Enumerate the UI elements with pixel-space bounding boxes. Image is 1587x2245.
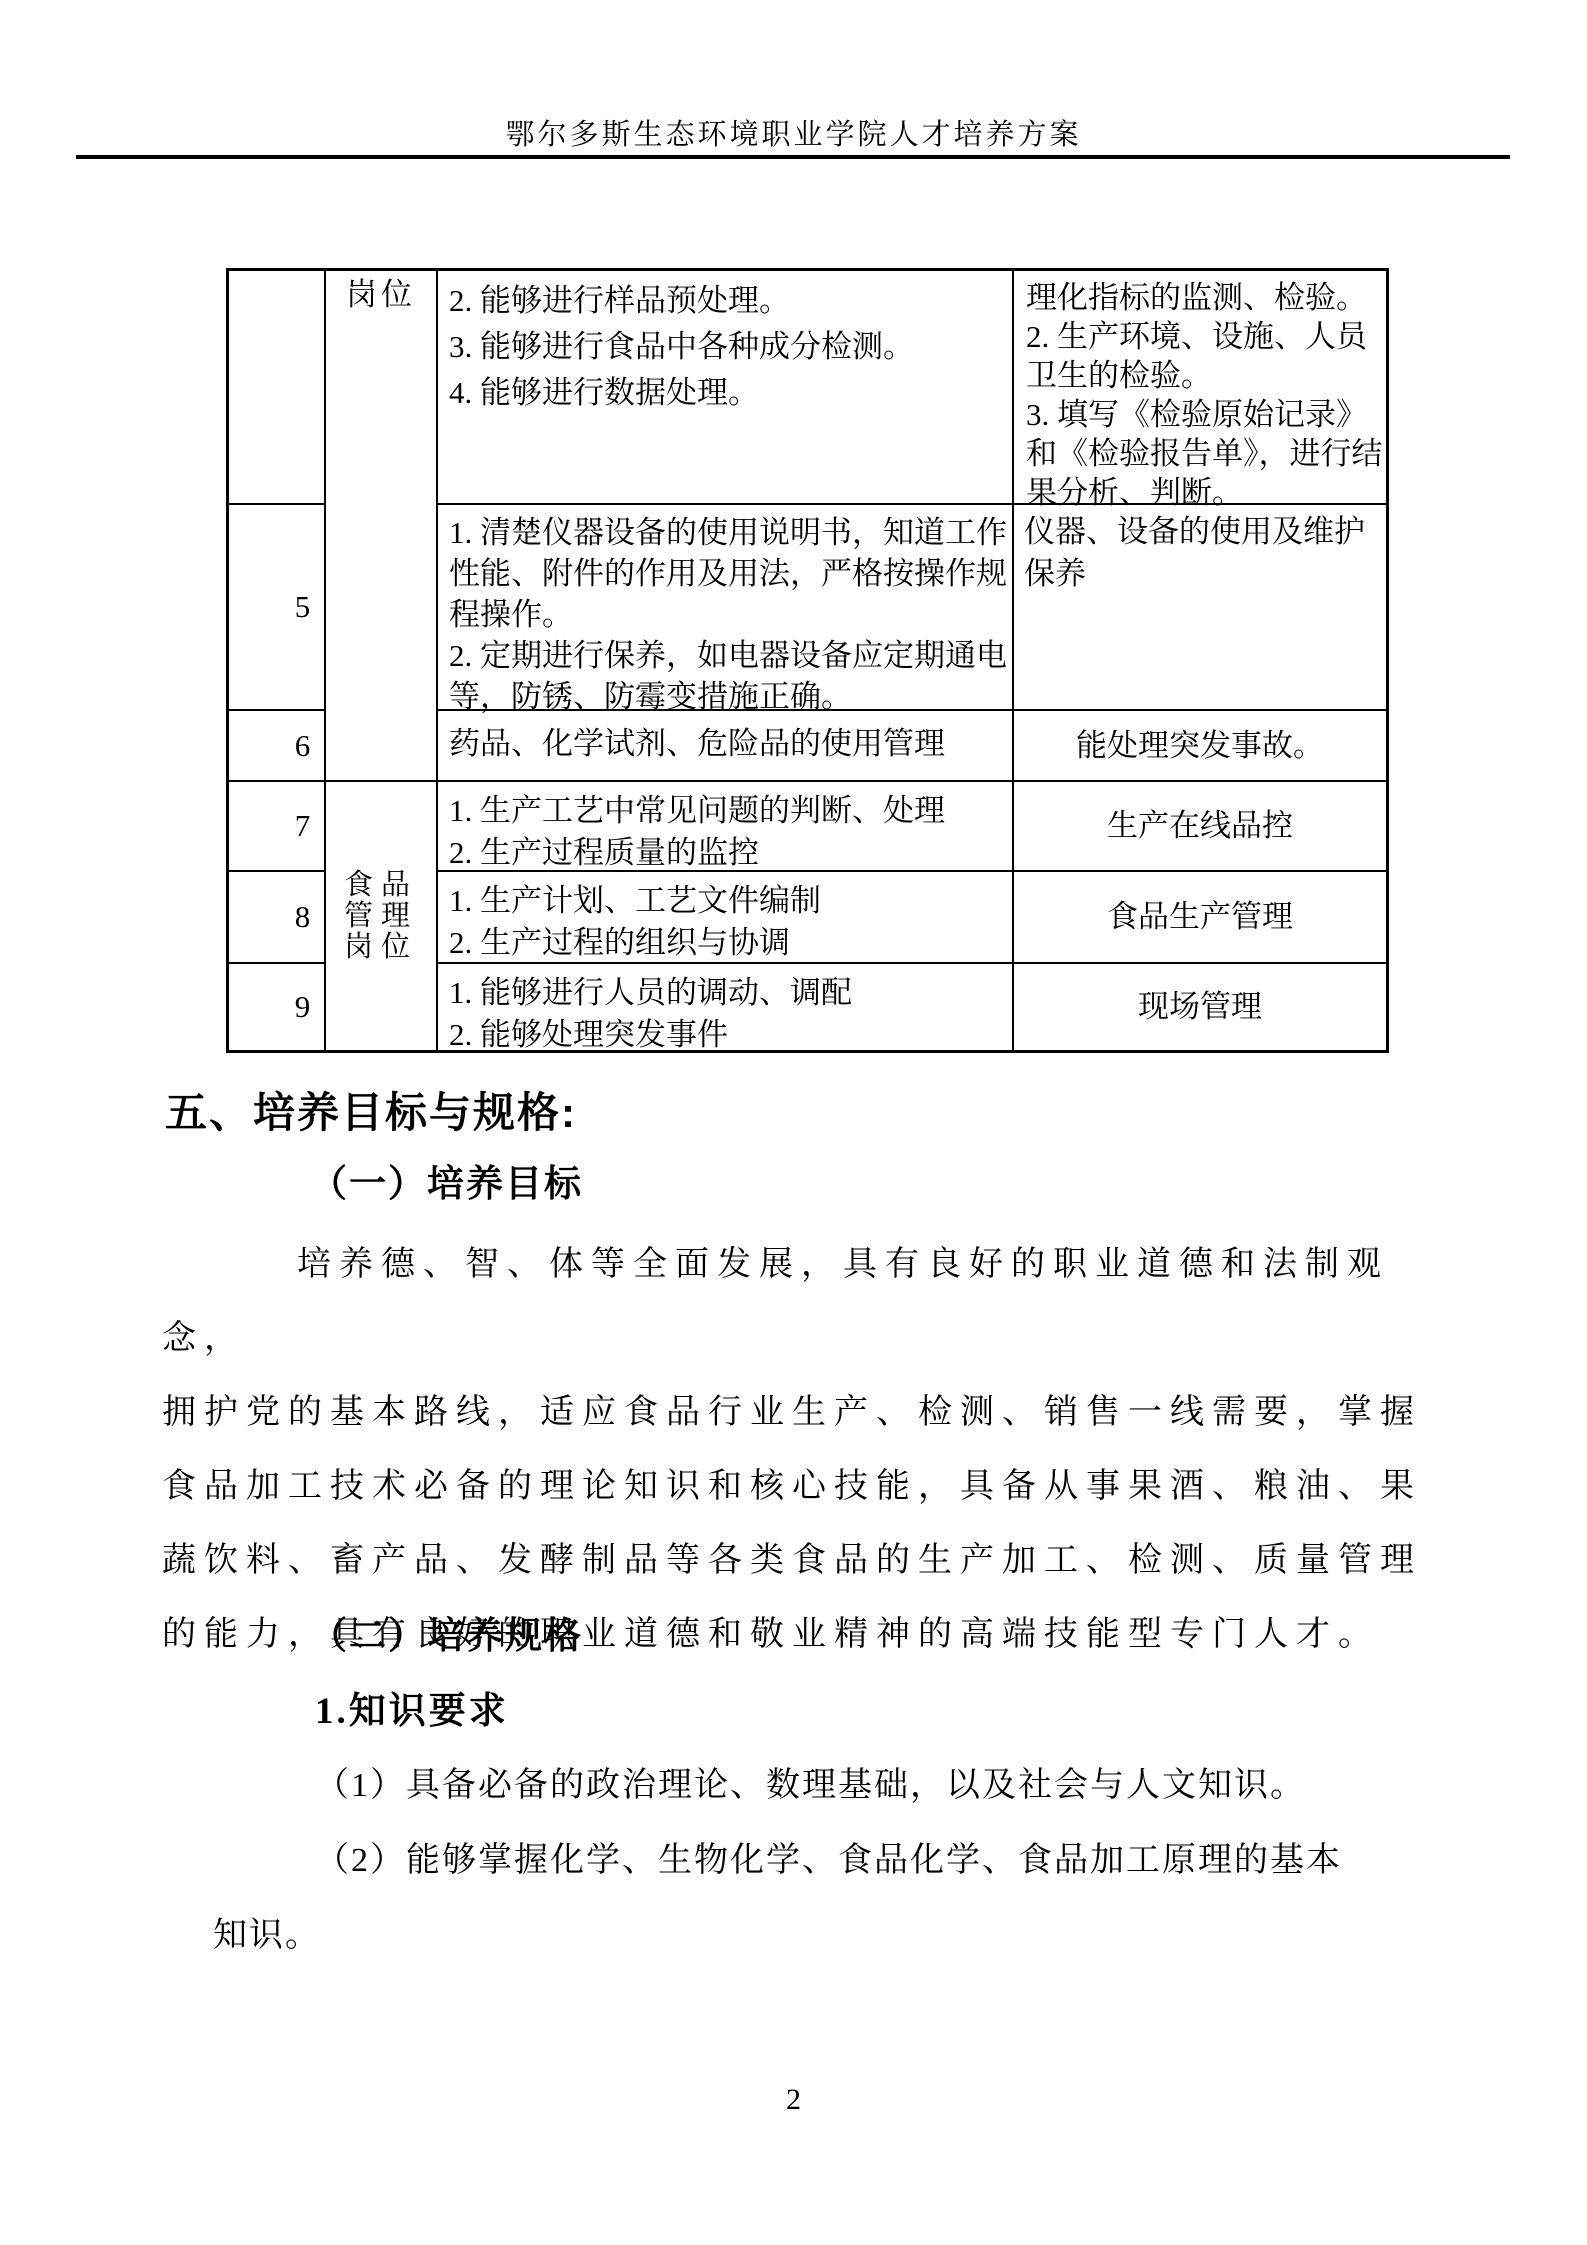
table-cell-num-7: 7 [229, 782, 326, 872]
section-heading-training-goals: 五、培养目标与规格: [165, 1080, 577, 1140]
document-header-title: 鄂尔多斯生态环境职业学院人才培养方案 [0, 112, 1587, 153]
table-cell-ability-row7: 生产在线品控 [1014, 782, 1386, 872]
document-page: 鄂尔多斯生态环境职业学院人才培养方案 5 6 7 8 9 岗位 食品 管理 岗位… [0, 0, 1587, 2245]
table-cell-tasks-row5: 1. 清楚仪器设备的使用说明书，知道工作性能、附件的作用及用法，严格按操作规程操… [438, 505, 1014, 711]
table-cell-num-8: 8 [229, 872, 326, 964]
table-cell-num-9: 9 [229, 964, 326, 1050]
table-cell-ability-row6: 能处理突发事故。 [1014, 711, 1386, 782]
subsection-heading-knowledge-requirements: 1.知识要求 [315, 1680, 509, 1734]
table-cell-tasks-row6: 药品、化学试剂、危险品的使用管理 [438, 711, 1014, 782]
subsection-heading-training-spec: （二）培养规格 [310, 1605, 583, 1659]
table-cell-tasks-row9: 1. 能够进行人员的调动、调配 2. 能够处理突发事件 [438, 964, 1014, 1050]
table-cell-ability-row8: 食品生产管理 [1014, 872, 1386, 964]
page-number: 2 [0, 2083, 1587, 2117]
table-cell-ability-row5: 仪器、设备的使用及维护保养 [1014, 505, 1386, 711]
table-cell-num-6: 6 [229, 711, 326, 782]
knowledge-item-2: （2）能够掌握化学、生物化学、食品化学、食品加工原理的基本 [315, 1832, 1342, 1881]
table-cell-ability-row9: 现场管理 [1014, 964, 1386, 1050]
table-cell-tasks-row8: 1. 生产计划、工艺文件编制 2. 生产过程的组织与协调 [438, 872, 1014, 964]
table-cell-num-5: 5 [229, 505, 326, 711]
table-cell-num-blank [229, 271, 326, 505]
table-cell-tasks-row7: 1. 生产工艺中常见问题的判断、处理 2. 生产过程质量的监控 [438, 782, 1014, 872]
table-cell-post-top: 岗位 [326, 271, 438, 782]
table-cell-post-food-management: 食品 管理 岗位 [326, 782, 438, 1050]
knowledge-item-2-continuation: 知识。 [213, 1907, 321, 1956]
subsection-heading-training-goal: （一）培养目标 [310, 1153, 583, 1207]
header-rule [76, 155, 1510, 159]
position-capability-table: 5 6 7 8 9 岗位 食品 管理 岗位 2. 能够进行样品预处理。 3. 能… [226, 268, 1389, 1053]
table-cell-tasks-row0: 2. 能够进行样品预处理。 3. 能够进行食品中各种成分检测。 4. 能够进行数… [438, 271, 1014, 505]
table-cell-ability-row0: 理化指标的监测、检验。 2. 生产环境、设施、人员卫生的检验。 3. 填写《检验… [1014, 271, 1386, 505]
knowledge-item-1: （1）具备必备的政治理论、数理基础，以及社会与人文知识。 [315, 1757, 1306, 1806]
